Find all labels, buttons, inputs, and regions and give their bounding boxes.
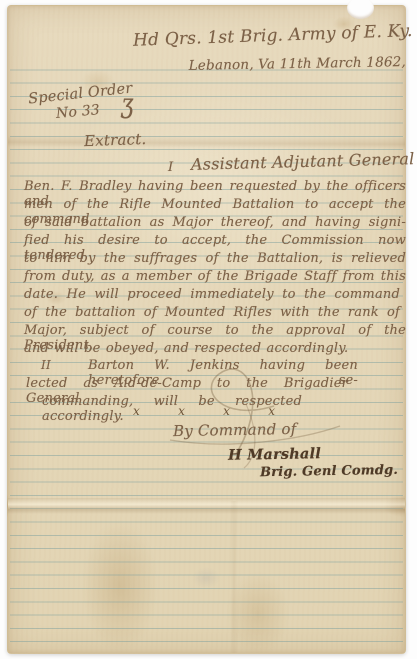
body-line: to him by the suffrages of the Battalion… [24, 251, 406, 266]
fold-crease-vertical [230, 501, 238, 653]
signature: H Marshall [228, 445, 321, 464]
paragraph1-numeral: I [168, 160, 173, 175]
separator-marks: x x x x [133, 404, 275, 418]
body-line: of the battalion of Mounted Rifles with … [24, 305, 400, 320]
x-mark: x [223, 404, 230, 418]
paper-sheet: Hd Qrs. 1st Brig. Army of E. Ky. Lebanon… [7, 5, 406, 654]
order-brace: ʒ [121, 89, 134, 120]
order-number: No 33 [55, 102, 100, 122]
fold-crease-upper [8, 135, 405, 149]
header-office-line: Hd Qrs. 1st Brig. Army of E. Ky. [133, 21, 406, 50]
paper-notch [347, 0, 374, 19]
extract-label: Extract. [84, 130, 147, 150]
x-mark: x [133, 404, 140, 418]
body-line: date. He will proceed immediately to the… [24, 287, 400, 302]
signer-title: Brig. Genl Comdg. [260, 463, 398, 480]
paragraph2-numeral: II [41, 358, 51, 372]
paragraph1-salutation: Assistant Adjutant General [191, 149, 415, 174]
x-mark: x [268, 404, 275, 418]
body-line: from duty, as a member of the Brigade St… [24, 269, 406, 284]
fold-crease-lower [8, 498, 405, 514]
scanned-document: Hd Qrs. 1st Brig. Army of E. Ky. Lebanon… [0, 0, 417, 659]
body-line: and will be obeyed, and respected accord… [24, 341, 354, 356]
closing-by-line: By Command of [173, 420, 297, 440]
header-place-date-line: Lebanon, Va 11th March 1862, [186, 54, 406, 74]
body-line: of said battalion as Major thereof, and … [24, 215, 406, 230]
x-mark: x [178, 404, 185, 418]
